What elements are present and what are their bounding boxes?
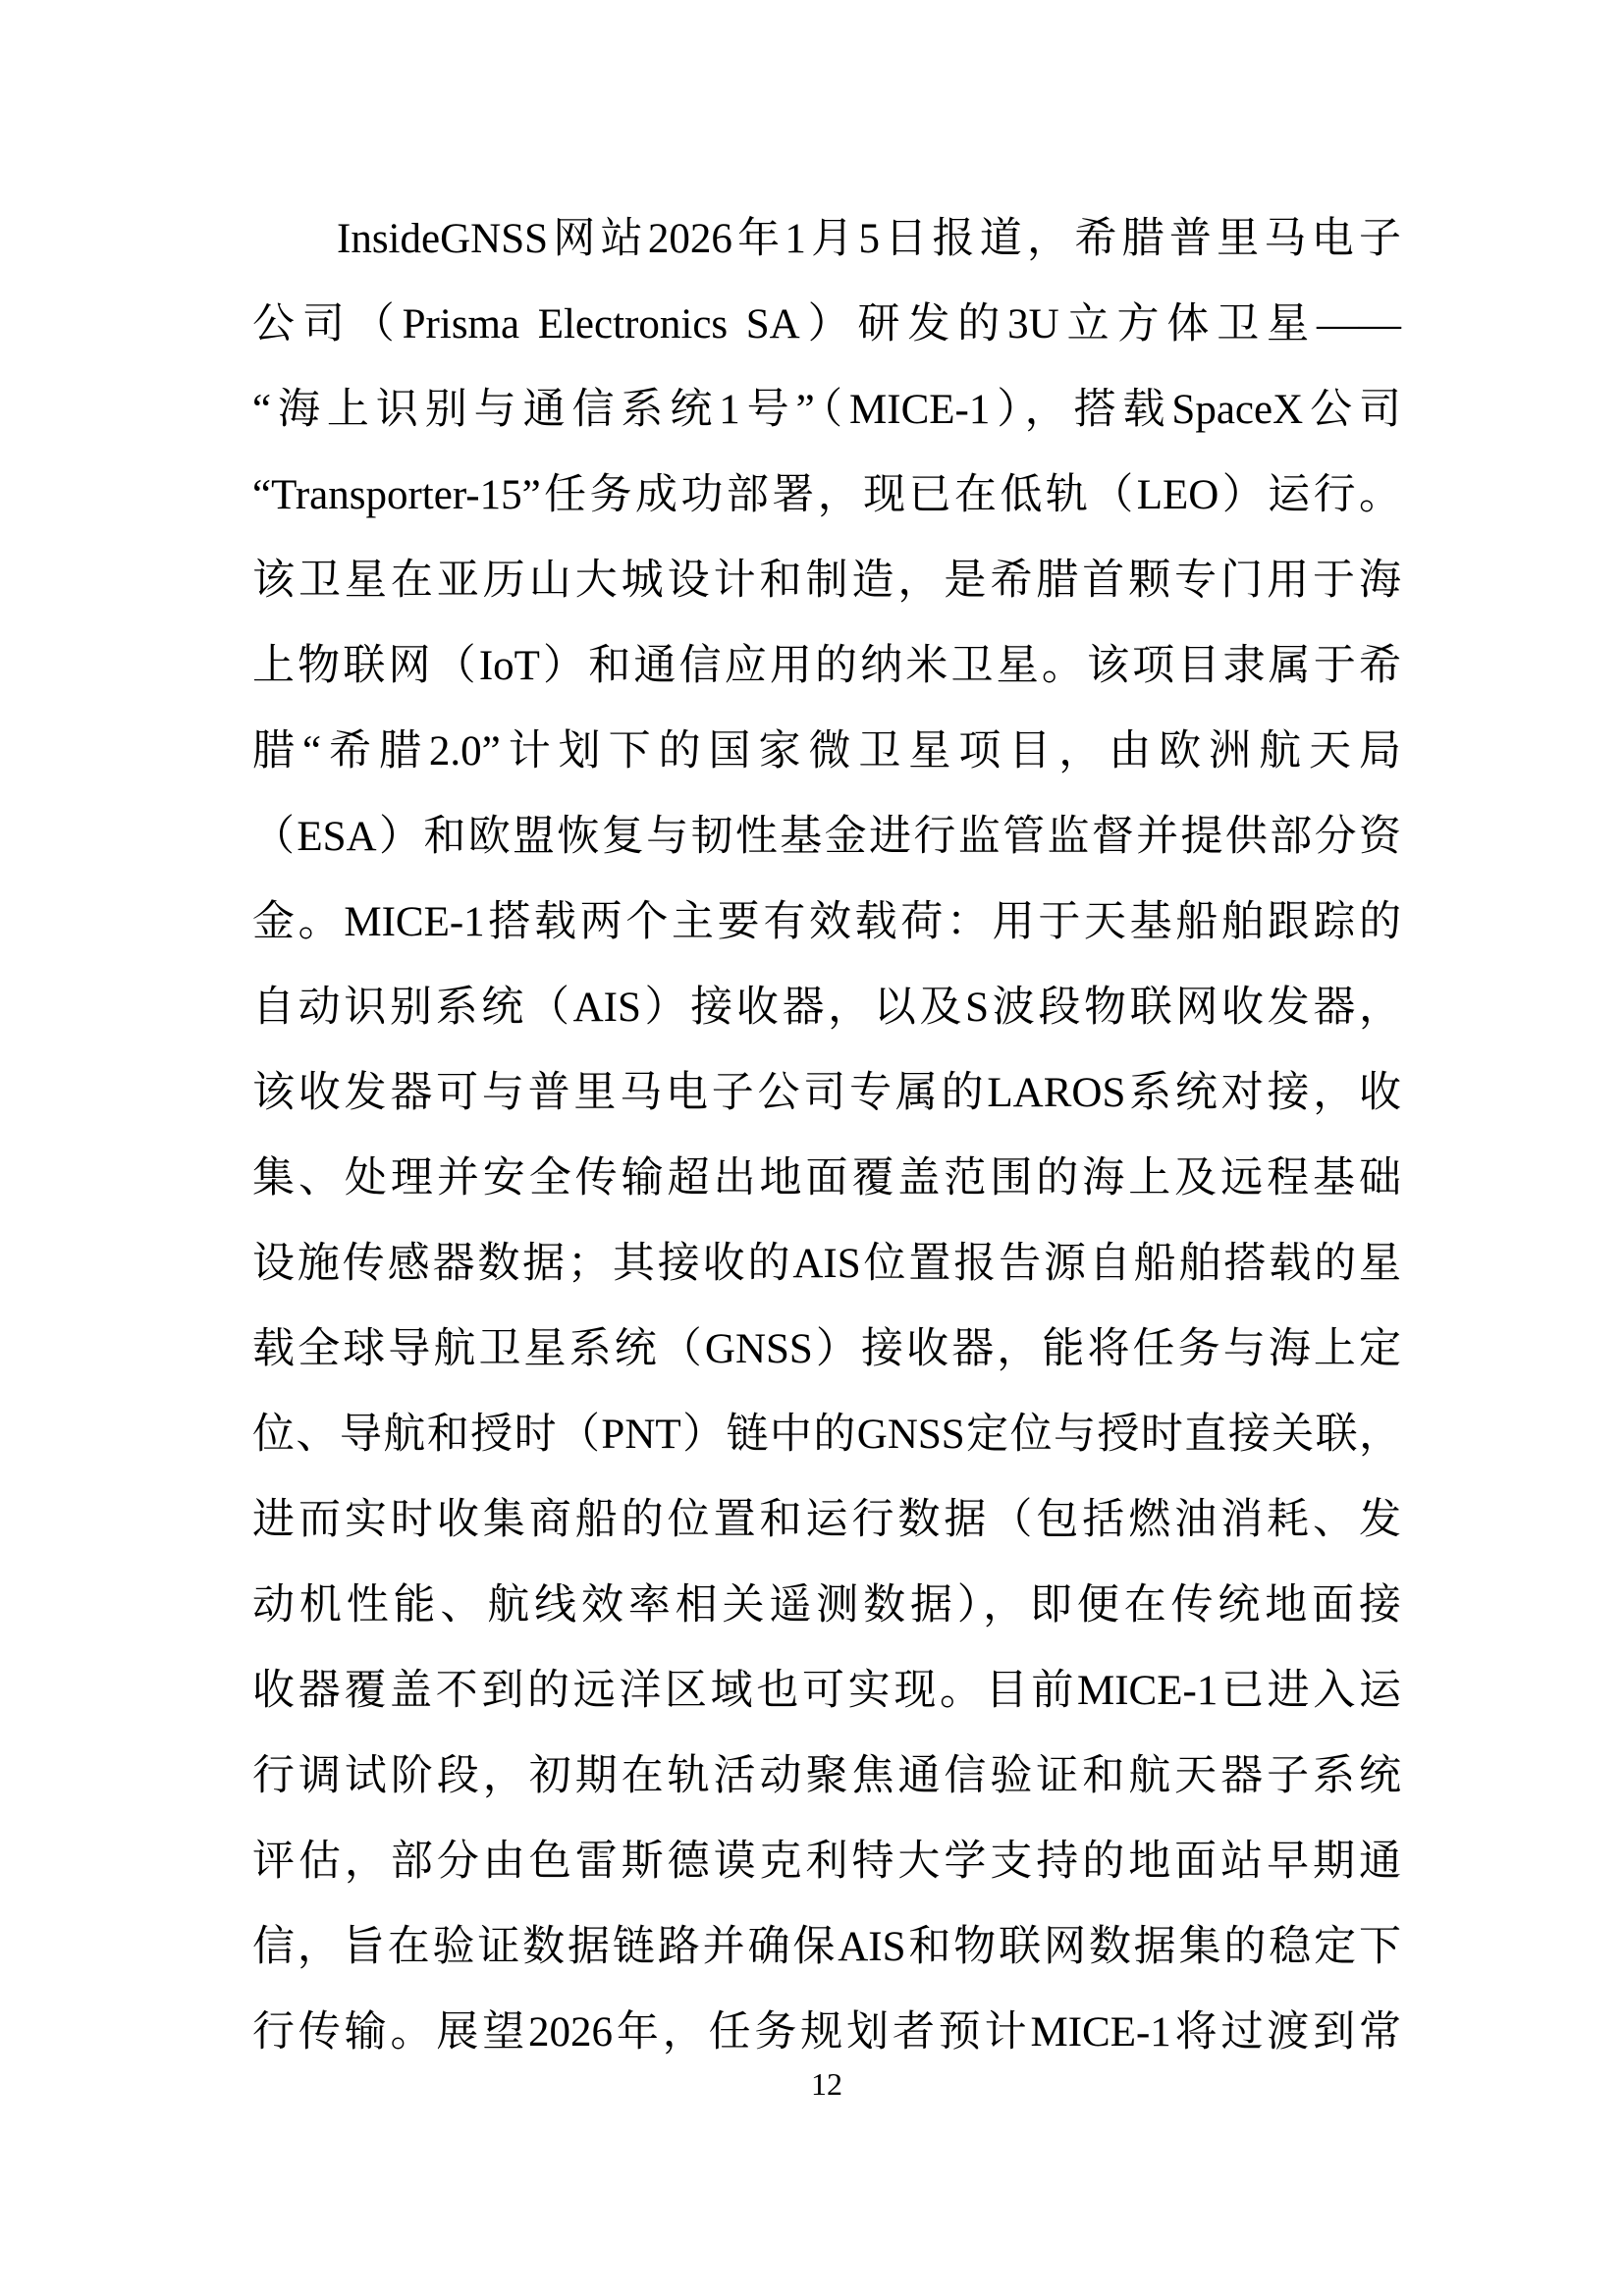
paragraph-line: 位、导航和授时（PNT）链中的GNSS定位与授时直接关联，	[252, 1392, 1401, 1477]
paragraph-line: 公司（Prisma Electronics SA）研发的3U立方体卫星——	[252, 282, 1401, 367]
paragraph-line: （ESA）和欧盟恢复与韧性基金进行监管监督并提供部分资	[252, 794, 1401, 880]
paragraph-line: “海上识别与通信系统1号”（MICE-1），搭载SpaceX公司	[252, 367, 1401, 453]
paragraph-line: “Transporter-15”任务成功部署，现已在低轨（LEO）运行。	[252, 453, 1401, 538]
paragraph-line: 自动识别系统（AIS）接收器，以及S波段物联网收发器，	[252, 965, 1401, 1050]
paragraph-line: 设施传感器数据；其接收的AIS位置报告源自船舶搭载的星	[252, 1221, 1401, 1307]
paragraph-line: InsideGNSS网站2026年1月5日报道，希腊普里马电子	[252, 196, 1401, 282]
paragraph-line: 金。MICE-1搭载两个主要有效载荷：用于天基船舶跟踪的	[252, 880, 1401, 965]
paragraph-line: 动机性能、航线效率相关遥测数据），即便在传统地面接	[252, 1563, 1401, 1648]
paragraph-line: 收器覆盖不到的远洋区域也可实现。目前MICE-1已进入运	[252, 1648, 1401, 1734]
paragraph-line: 腊“希腊2.0”计划下的国家微卫星项目，由欧洲航天局	[252, 709, 1401, 794]
paragraph-line: 该卫星在亚历山大城设计和制造，是希腊首颗专门用于海	[252, 538, 1401, 623]
paragraph-line: 集、处理并安全传输超出地面覆盖范围的海上及远程基础	[252, 1136, 1401, 1221]
paragraph-line: 载全球导航卫星系统（GNSS）接收器，能将任务与海上定	[252, 1307, 1401, 1392]
paragraph-line: 上物联网（IoT）和通信应用的纳米卫星。该项目隶属于希	[252, 623, 1401, 709]
article-paragraph: InsideGNSS网站2026年1月5日报道，希腊普里马电子公司（Prisma…	[252, 196, 1401, 2075]
document-page: InsideGNSS网站2026年1月5日报道，希腊普里马电子公司（Prisma…	[0, 0, 1624, 2296]
paragraph-line: 行调试阶段，初期在轨活动聚焦通信验证和航天器子系统	[252, 1734, 1401, 1819]
paragraph-line: 进而实时收集商船的位置和运行数据（包括燃油消耗、发	[252, 1477, 1401, 1563]
page-number: 12	[252, 2059, 1401, 2109]
paragraph-line: 信，旨在验证数据链路并确保AIS和物联网数据集的稳定下	[252, 1904, 1401, 1990]
paragraph-line: 评估，部分由色雷斯德谟克利特大学支持的地面站早期通	[252, 1819, 1401, 1904]
paragraph-line: 该收发器可与普里马电子公司专属的LAROS系统对接，收	[252, 1050, 1401, 1136]
